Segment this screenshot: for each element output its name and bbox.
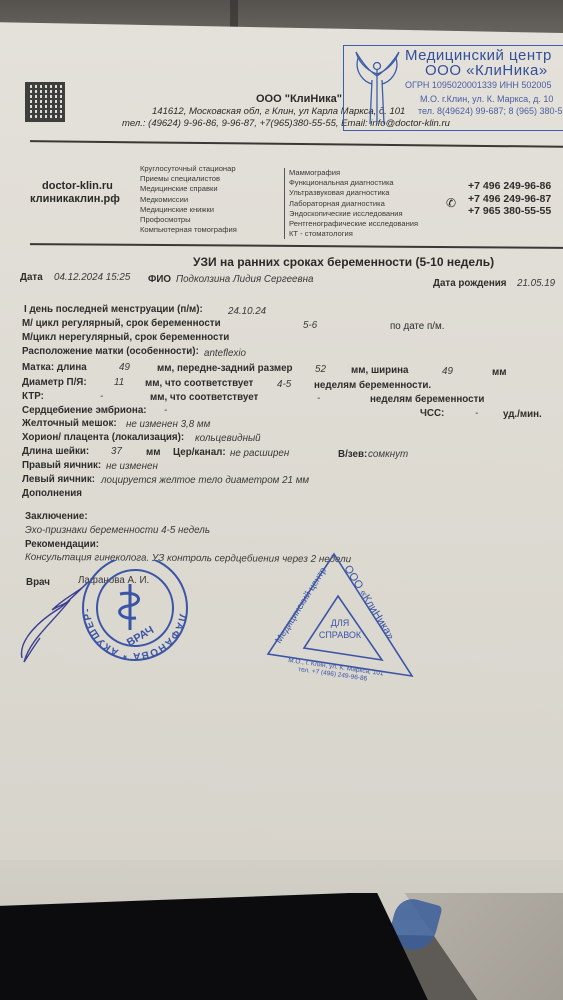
caduceus-icon — [120, 584, 139, 630]
website-link[interactable]: doctor-klin.ru — [42, 180, 113, 192]
winged-figure-logo-icon — [350, 50, 405, 128]
yolk-sac-label: Желточный мешок: — [22, 418, 117, 429]
services-list-left: Круглосуточный стационар Приемы специали… — [140, 164, 237, 235]
lmp-label: I день последней менструации (п/м): — [24, 304, 203, 315]
chorion-label: Хорион/ плацента (локализация): — [22, 432, 184, 443]
gs-corresponds-label: мм, что соответствует — [145, 378, 253, 389]
gs-label: Диаметр П/Я: — [22, 377, 87, 388]
right-ovary-value: не изменен — [106, 461, 158, 472]
ap-value: 52 — [315, 364, 326, 375]
hr-unit: уд./мин. — [503, 409, 542, 420]
service-item: Медицинские справки — [140, 184, 237, 194]
gs-weeks-value: 4-5 — [277, 379, 291, 390]
service-item: Приемы специалистов — [140, 174, 237, 184]
report-title: УЗИ на ранних сроках беременности (5-10 … — [193, 255, 494, 269]
phone-icon: ✆ — [446, 196, 456, 210]
stamp-org: ООО «КлиНика» — [425, 62, 548, 79]
dob-label: Дата рождения — [433, 278, 507, 289]
cervix-length-unit: мм — [146, 447, 161, 458]
crl-weeks-label: неделям беременности — [370, 394, 484, 405]
regular-cycle-value: 5-6 — [303, 320, 317, 331]
cervix-length-label: Длина шейки: — [22, 446, 89, 457]
uterus-position-value: anteflexio — [204, 348, 246, 359]
recommendations-label: Рекомендации: — [25, 539, 99, 550]
crl-label: КТР: — [22, 391, 44, 402]
service-item: Функциональная диагностика — [289, 178, 418, 188]
org-name: ООО "КлиНика" — [256, 93, 342, 105]
fio-value: Подколзина Лидия Сергеевна — [176, 274, 313, 285]
os-label: В/зев: — [338, 449, 367, 460]
service-item: Маммография — [289, 168, 418, 178]
dob-value: 21.05.19 — [517, 278, 555, 289]
canal-value: не расширен — [230, 448, 289, 459]
heartbeat-label: Сердцебиение эмбриона: — [22, 405, 147, 416]
lmp-value: 24.10.24 — [228, 306, 266, 317]
os-value: сомкнут — [368, 449, 408, 460]
service-item: Круглосуточный стационар — [140, 164, 237, 174]
irregular-cycle-label: М/цикл нерегулярный, срок беременности — [22, 332, 229, 343]
doctor-round-stamp: ЛАФАНОВА * АКУШЕР-ГИНЕКОЛОГ * Анна Игоре… — [70, 560, 200, 670]
left-ovary-value: лоцируется желтое тело диаметром 21 мм — [101, 475, 309, 486]
clinic-stamp-center2: СПРАВОК — [319, 630, 362, 640]
gs-value: 11 — [114, 377, 124, 388]
crl-weeks-value: - — [317, 393, 320, 404]
width-value: 49 — [442, 366, 453, 377]
service-item: Ультразвуковая диагностика — [289, 188, 418, 198]
crl-corresponds-label: мм, что соответствует — [150, 392, 258, 403]
hr-value: - — [475, 408, 478, 419]
service-item: Лабораторная диагностика — [289, 199, 418, 209]
phone-list: +7 496 249-96-86 +7 496 249-96-87 +7 965… — [468, 180, 551, 218]
date-label: Дата — [20, 272, 43, 283]
clinic-stamp-center1: ДЛЯ — [331, 618, 350, 628]
left-ovary-label: Левый яичник: — [22, 474, 95, 485]
canal-label: Цер/канал: — [173, 447, 226, 458]
service-item: Компьютерная томография — [140, 225, 237, 235]
phone-number: +7 496 249-96-87 — [468, 193, 551, 206]
conclusion-value: Эхо-признаки беременности 4-5 недель — [25, 525, 210, 536]
hr-label: ЧСС: — [420, 408, 444, 419]
regular-cycle-label: М/ цикл регулярный, срок беременности — [22, 318, 221, 329]
phone-number: +7 965 380-55-55 — [468, 205, 551, 218]
crl-value: - — [100, 391, 103, 402]
uterus-length-value: 49 — [119, 362, 130, 373]
fio-label: ФИО — [148, 274, 171, 285]
cervix-length-value: 37 — [111, 446, 122, 457]
chorion-value: кольцевидный — [195, 433, 261, 444]
service-item: Рентгенографические исследования — [289, 219, 418, 229]
heartbeat-value: - — [164, 405, 167, 416]
stamp-phone: тел. 8(49624) 99-687; 8 (965) 380-5 — [418, 106, 563, 116]
uterus-position-label: Расположение матки (особенности): — [22, 346, 199, 357]
service-item: Медкомиссии — [140, 195, 237, 205]
header-divider — [30, 140, 563, 148]
ultrasound-report-document: ООО "КлиНика" 141612, Московская обл, г … — [0, 0, 563, 1000]
datamatrix-code-icon — [25, 82, 65, 122]
info-divider — [30, 243, 563, 249]
gs-weeks-label: неделям беременности. — [314, 380, 431, 391]
services-list-right: Маммография Функциональная диагностика У… — [284, 168, 418, 239]
stamp-address: М.О. г.Клин, ул. К. Маркса, д. 10 — [420, 94, 553, 104]
phone-number: +7 496 249-96-86 — [468, 180, 551, 193]
right-ovary-label: Правый яичник: — [22, 460, 101, 471]
stamp-ogrn: ОГРН 1095020001339 ИНН 502005 — [405, 80, 551, 90]
conclusion-label: Заключение: — [25, 511, 88, 522]
regular-cycle-suffix: по дате п/м. — [390, 321, 444, 332]
width-unit: мм — [492, 367, 507, 378]
width-label: мм, ширина — [351, 365, 409, 376]
service-item: КТ - стоматология — [289, 229, 418, 239]
clinic-triangle-stamp: ДЛЯ СПРАВОК Медицинский центр ООО «КлиНи… — [262, 548, 422, 688]
additions-label: Дополнения — [22, 488, 82, 499]
uterus-length-label: Матка: длина — [22, 362, 87, 373]
yolk-sac-value: не изменен 3,8 мм — [126, 419, 210, 430]
service-item: Эндоскопические исследования — [289, 209, 418, 219]
website-link-rf[interactable]: клиникаклин.рф — [30, 193, 120, 205]
service-item: Профосмотры — [140, 215, 237, 225]
date-value: 04.12.2024 15:25 — [54, 272, 130, 283]
service-item: Медицинские книжки — [140, 205, 237, 215]
ap-label: мм, передне-задний размер — [157, 363, 293, 374]
